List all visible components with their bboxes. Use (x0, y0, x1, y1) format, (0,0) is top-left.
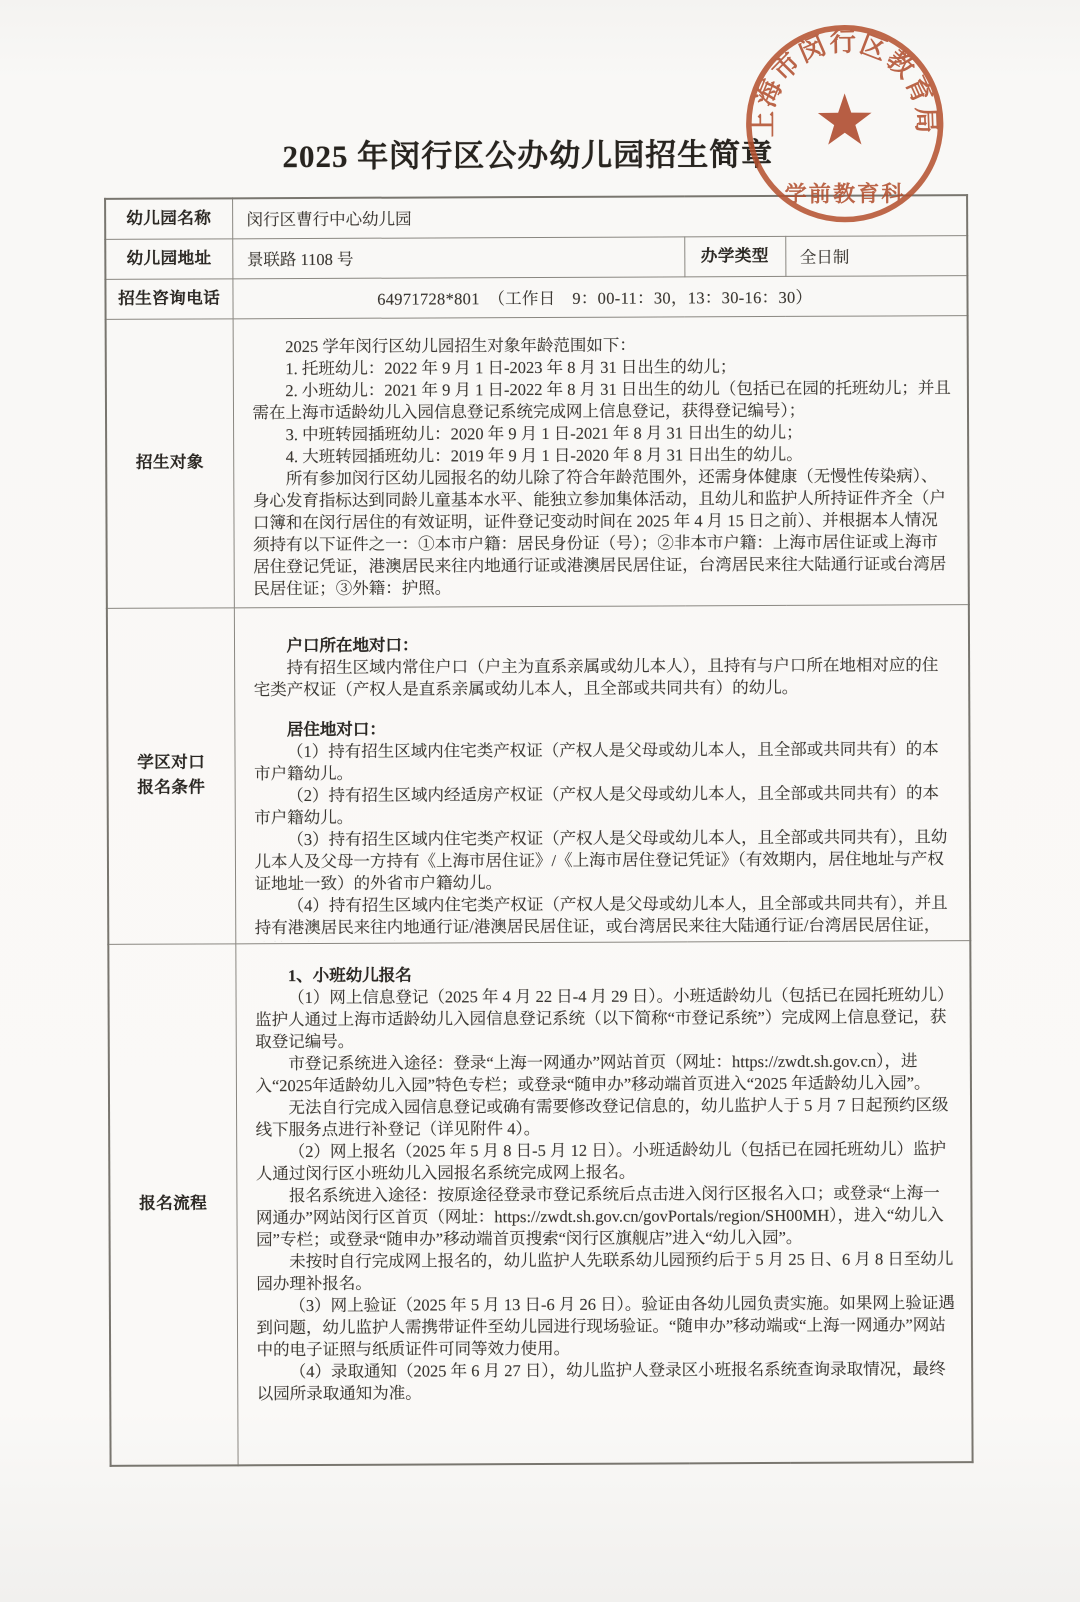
paragraph: 3. 中班转园插班幼儿：2020 年 9 月 1 日-2021 年 8 月 31… (253, 421, 953, 446)
table-row-enrollment-targets: 招生对象 2025 学年闵行区幼儿园招生对象年龄范围如下：1. 托班幼儿：202… (106, 315, 969, 608)
paragraph: 市登记系统进入途径：登录“上海一网通办”网站首页（网址：https://zwdt… (255, 1050, 955, 1097)
document-page: 2025 年闵行区公办幼儿园招生简章 上海市闵行区教育局 学前教育科 幼儿园名称… (0, 0, 1080, 1602)
paragraph: 居住地对口： (254, 716, 954, 741)
paragraph: （3）持有招生区域内住宅类产权证（产权人是父母或幼儿本人，且全部或共同共有），且… (254, 826, 954, 895)
paragraph: （2）网上报名（2025 年 5 月 8 日-5 月 12 日）。小班适龄幼儿（… (256, 1138, 956, 1185)
paragraph: 2025 学年闵行区幼儿园招生对象年龄范围如下： (252, 333, 952, 358)
scanned-content: 2025 年闵行区公办幼儿园招生简章 上海市闵行区教育局 学前教育科 幼儿园名称… (0, 0, 1080, 1602)
paragraph: （3）网上验证（2025 年 5 月 13 日-6 月 26 日）。验证由各幼儿… (256, 1292, 956, 1361)
district-conditions-content: 户口所在地对口：持有招生区域内常住户口（户主为直系亲属或幼儿本人），且持有与户口… (234, 604, 970, 943)
application-process-content: 1、小班幼儿报名（1）网上信息登记（2025 年 4 月 22 日-4 月 29… (235, 940, 972, 1465)
paragraph: （2）持有招生区域内经适房产权证（产权人是父母或幼儿本人，且全部或共同共有）的本… (254, 782, 954, 829)
application-process-label: 报名流程 (108, 943, 237, 1466)
paragraph: 未按时自行完成网上报名的，幼儿监护人先联系幼儿园预约后于 5 月 25 日、6 … (256, 1248, 956, 1295)
district-conditions-label: 学区对口 报名条件 (107, 607, 235, 944)
table-row-address-type: 幼儿园地址 景联路 1108 号 办学类型 全日制 (105, 235, 967, 279)
paragraph: 报名系统进入途径：按原途径登录市登记系统后点击进入闵行区报名入口；或登录“上海一… (256, 1182, 956, 1251)
paragraph: 所有参加闵行区幼儿园报名的幼儿除了符合年龄范围外，还需身体健康（无慢性传染病）、… (253, 465, 953, 600)
address-value: 景联路 1108 号 (232, 236, 684, 278)
paragraph: （1）网上信息登记（2025 年 4 月 22 日-4 月 29 日）。小班适龄… (255, 984, 955, 1053)
paragraph: （4）持有招生区域内住宅类产权证（产权人是父母或幼儿本人，且全部或共同共有），并… (255, 892, 955, 941)
school-type-label: 办学类型 (684, 236, 785, 276)
paragraph: 持有招生区域内常住户口（户主为直系亲属或幼儿本人），且持有与户口所在地相对应的住… (254, 654, 954, 701)
star-icon (818, 93, 872, 144)
phone-value: 64971728*801 （工作日 9：00-11：30，13：30-16：30… (232, 275, 967, 318)
paragraph: （4）录取通知（2025 年 6 月 27 日），幼儿监护人登录区小班报名系统查… (257, 1358, 957, 1405)
table-row-district-conditions: 学区对口 报名条件 户口所在地对口：持有招生区域内常住户口（户主为直系亲属或幼儿… (107, 604, 970, 944)
paragraph: 户口所在地对口： (253, 632, 953, 657)
table-row-phone: 招生咨询电话 64971728*801 （工作日 9：00-11：30，13：3… (105, 275, 967, 319)
paragraph: （1）持有招生区域内住宅类产权证（产权人是父母或幼儿本人，且全部或共同共有）的本… (254, 738, 954, 785)
paragraph: 无法自行完成入园信息登记或确有需要修改登记信息的，幼儿监护人于 5 月 7 日起… (255, 1094, 955, 1141)
paragraph: 1、小班幼儿报名 (255, 962, 955, 987)
enrollment-info-table: 幼儿园名称 闵行区曹行中心幼儿园 幼儿园地址 景联路 1108 号 办学类型 全… (104, 194, 974, 1467)
official-seal: 上海市闵行区教育局 学前教育科 (733, 12, 956, 235)
paragraph: 4. 大班转园插班幼儿：2019 年 9 月 1 日-2020 年 8 月 31… (253, 443, 953, 468)
enrollment-targets-content: 2025 学年闵行区幼儿园招生对象年龄范围如下：1. 托班幼儿：2022 年 9… (233, 315, 969, 607)
paragraph: 1. 托班幼儿：2022 年 9 月 1 日-2023 年 8 月 31 日出生… (252, 355, 952, 380)
enrollment-targets-label: 招生对象 (106, 318, 234, 608)
kindergarten-name-label: 幼儿园名称 (105, 198, 232, 239)
address-label: 幼儿园地址 (105, 238, 232, 279)
phone-label: 招生咨询电话 (105, 278, 232, 319)
paragraph: 2. 小班幼儿：2021 年 9 月 1 日-2022 年 8 月 31 日出生… (252, 377, 952, 424)
school-type-value: 全日制 (785, 235, 967, 276)
seal-dept-text: 学前教育科 (784, 180, 905, 207)
table-row-application-process: 报名流程 1、小班幼儿报名（1）网上信息登记（2025 年 4 月 22 日-4… (108, 940, 972, 1466)
